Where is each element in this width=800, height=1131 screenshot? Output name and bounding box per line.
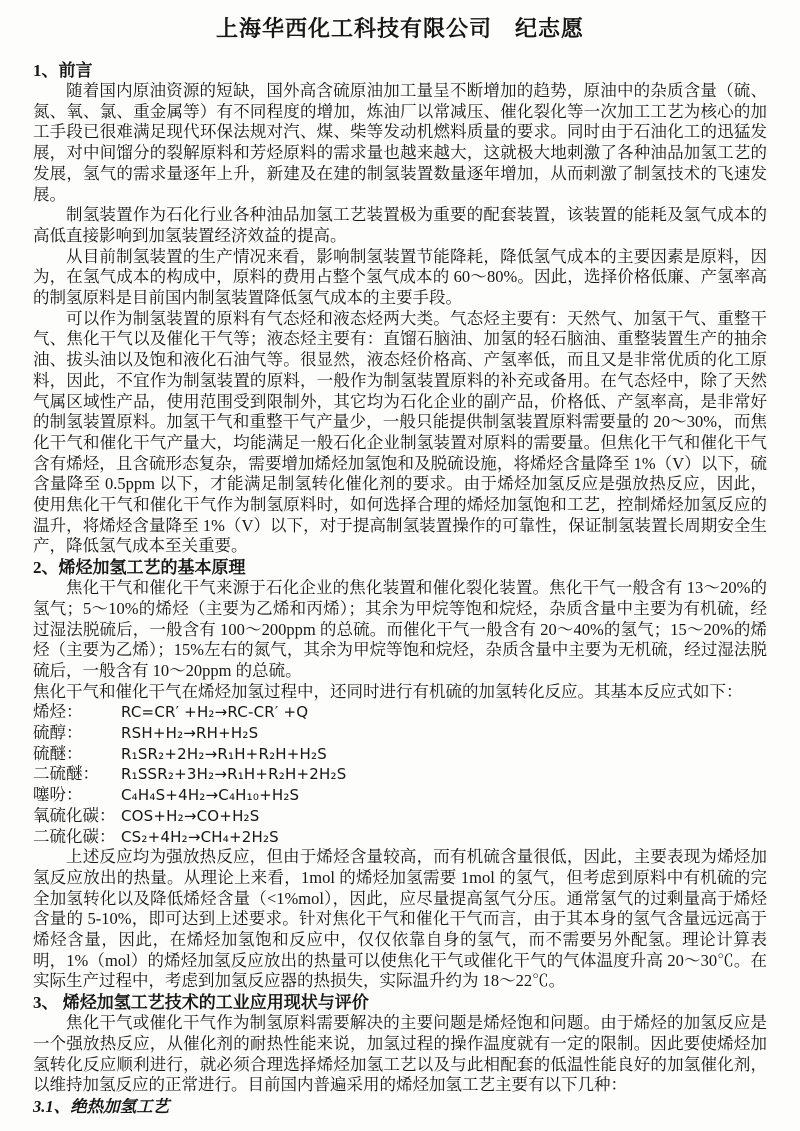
equation-formula: C₄H₄S+4H₂→C₄H₁₀+H₂S <box>121 785 299 806</box>
principles-gas-composition-paragraph: 焦化干气和催化干气来源于石化企业的焦化装置和催化裂化装置。焦化干气一般含有 13… <box>33 578 767 682</box>
equation-row-disulfide: 二硫醚： R₁SSR₂+3H₂→R₁H+R₂H+2H₂S <box>33 764 767 785</box>
preface-paragraph-2: 制氢装置作为石化行业各种油品加氢工艺装置极为重要的配套装置，该装置的能耗及氢气成… <box>33 205 767 246</box>
equation-row-carbon-disulfide: 二硫化碳： CS₂+4H₂→CH₄+2H₂S <box>33 827 767 848</box>
equation-formula: R₁SSR₂+3H₂→R₁H+R₂H+2H₂S <box>121 764 346 785</box>
equation-label: 二硫醚： <box>33 764 121 785</box>
equation-label: 烯烃： <box>33 702 121 723</box>
equation-formula: COS+H₂→CO+H₂S <box>121 806 260 827</box>
preface-paragraph-1: 随着国内原油资源的短缺，国外高含硫原油加工量呈不断增加的趋势，原油中的杂质含量（… <box>33 81 767 205</box>
section-1-heading: 1、前言 <box>33 60 767 81</box>
reactions-lead-paragraph: 焦化干气和催化干气在烯烃加氢过程中，还同时进行有机硫的加氢转化反应。其基本反应式… <box>33 682 767 703</box>
equation-label: 噻吩： <box>33 785 121 806</box>
section-3-1-subheading: 3.1、绝热加氢工艺 <box>33 1096 767 1117</box>
equation-formula: CS₂+4H₂→CH₄+2H₂S <box>121 827 279 848</box>
preface-paragraph-3: 从目前制氢装置的生产情况来看，影响制氢装置节能降耗，降低氢气成本的主要因素是原料… <box>33 247 767 309</box>
section-3-heading: 3、 烯烃加氢工艺技术的工业应用现状与评价 <box>33 992 767 1013</box>
equation-formula: RC=CR′ +H₂→RC-CR′ +Q <box>121 702 308 723</box>
equation-label: 二硫化碳： <box>33 827 121 848</box>
equation-label: 硫醇： <box>33 723 121 744</box>
equation-formula: R₁SR₂+2H₂→R₁H+R₂H+H₂S <box>121 744 327 765</box>
equation-row-mercaptan: 硫醇： RSH+H₂→RH+H₂S <box>33 723 767 744</box>
equation-formula: RSH+H₂→RH+H₂S <box>121 723 258 744</box>
section-2-heading: 2、烯烃加氢工艺的基本原理 <box>33 557 767 578</box>
document-page: 上海华西化工科技有限公司 纪志愿 1、前言 随着国内原油资源的短缺，国外高含硫原… <box>0 0 800 1131</box>
equation-row-carbonyl-sulfide: 氧硫化碳： COS+H₂→CO+H₂S <box>33 806 767 827</box>
equation-row-sulfide: 硫醚： R₁SR₂+2H₂→R₁H+R₂H+H₂S <box>33 744 767 765</box>
application-paragraph: 焦化干气或催化干气作为制氢原料需要解决的主要问题是烯烃饱和问题。由于烯烃的加氢反… <box>33 1013 767 1096</box>
principles-heat-paragraph: 上述反应均为强放热反应，但由于烯烃含量较高，而有机硫含量很低，因此，主要表现为烯… <box>33 847 767 992</box>
reaction-equation-list: 烯烃： RC=CR′ +H₂→RC-CR′ +Q 硫醇： RSH+H₂→RH+H… <box>33 702 767 847</box>
equation-label: 硫醚： <box>33 744 121 765</box>
preface-paragraph-4: 可以作为制氢装置的原料有气态烃和液态烃两大类。气态烃主要有：天然气、加氢干气、重… <box>33 309 767 557</box>
equation-label: 氧硫化碳： <box>33 806 121 827</box>
equation-row-thiophene: 噻吩： C₄H₄S+4H₂→C₄H₁₀+H₂S <box>33 785 767 806</box>
document-title: 上海华西化工科技有限公司 纪志愿 <box>33 14 767 44</box>
equation-row-olefin: 烯烃： RC=CR′ +H₂→RC-CR′ +Q <box>33 702 767 723</box>
